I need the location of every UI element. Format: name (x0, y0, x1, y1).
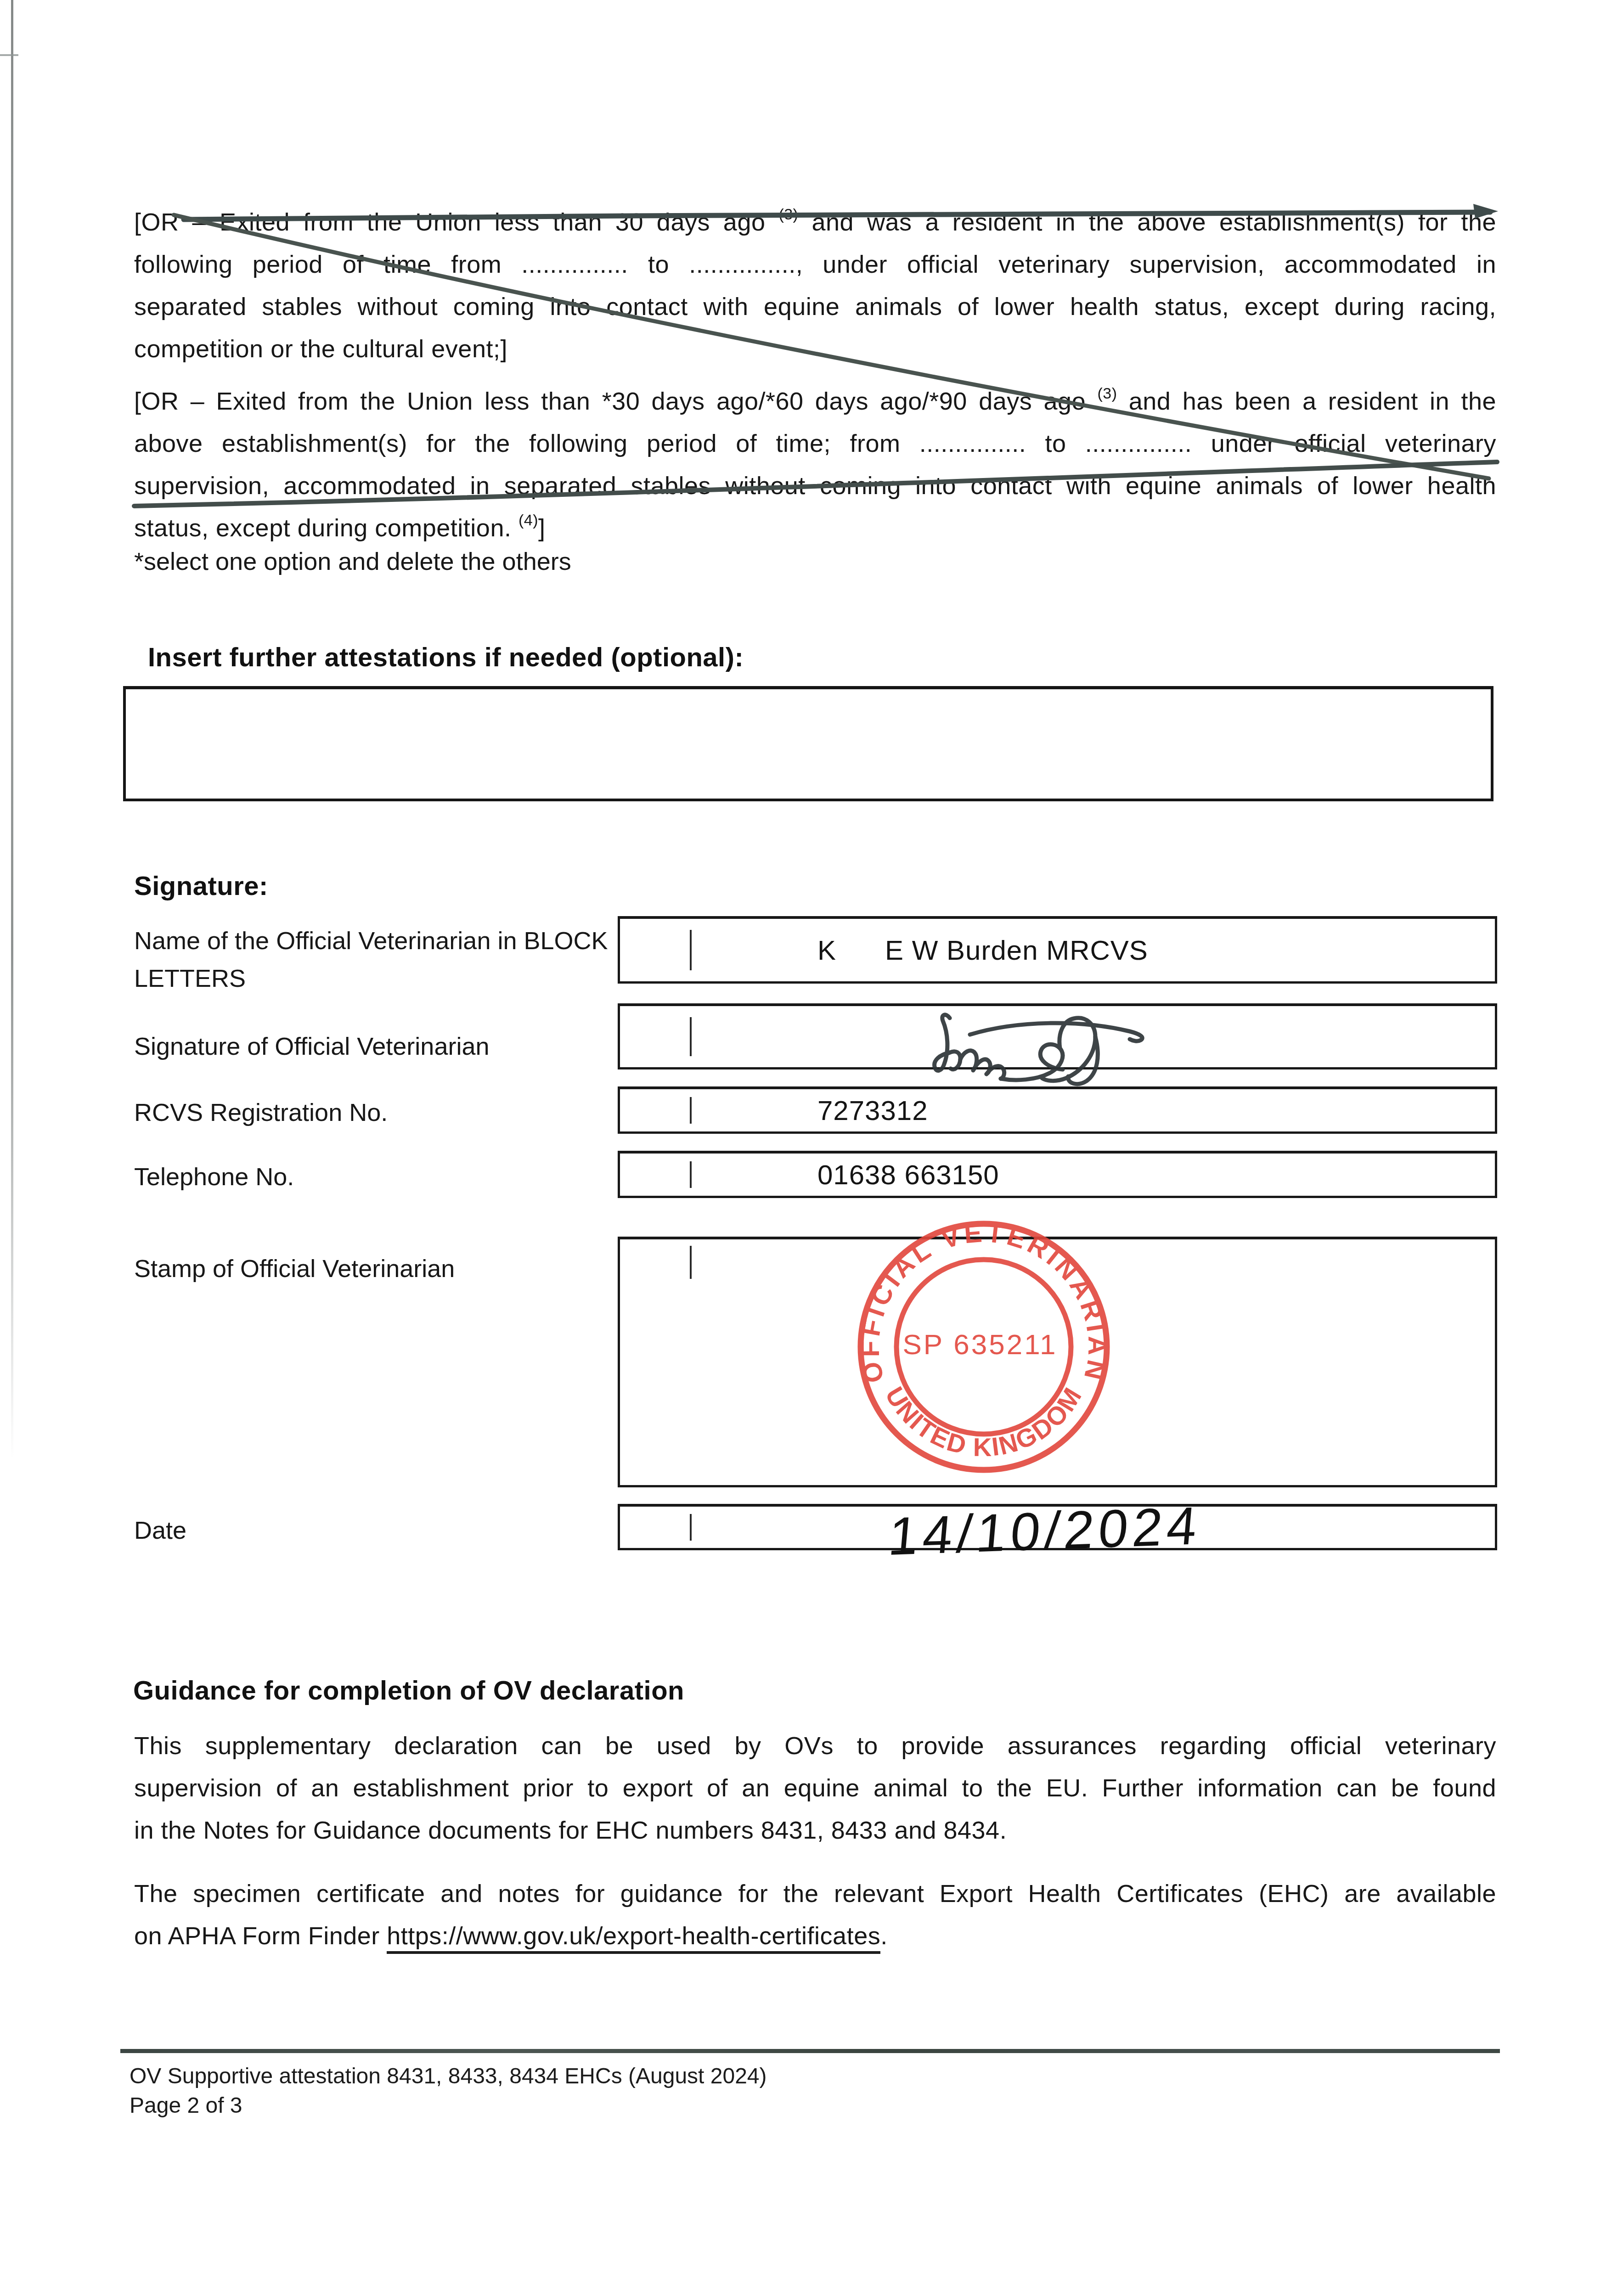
select-option-note: *select one option and delete the others (134, 547, 571, 576)
scanned-document-page: [OR – Exited from the Union less than 30… (0, 0, 1623, 2296)
guidance-paragraph-2: The specimen certificate and notes for g… (134, 1873, 1496, 1957)
attestations-heading: Insert further attestations if needed (o… (148, 642, 744, 673)
guidance-link-prefix: on APHA Form Finder (134, 1922, 387, 1950)
further-attestations-box (123, 686, 1493, 801)
scan-artifact-line (11, 0, 13, 1460)
clause-line: competition or the cultural event;] (134, 328, 1496, 370)
clause-line: [OR – Exited from the Union less than *3… (134, 380, 1496, 422)
field-tick-mark (690, 1514, 692, 1541)
guidance-line: The specimen certificate and notes for g… (134, 1873, 1496, 1915)
field-box-stamp (618, 1237, 1497, 1487)
field-tick-mark (690, 1161, 692, 1188)
signature-section-heading: Signature: (134, 871, 268, 901)
field-box-name: K E W Burden MRCVS (618, 916, 1497, 984)
export-health-certificates-link[interactable]: https://www.gov.uk/export-health-certifi… (387, 1922, 880, 1954)
guidance-line: in the Notes for Guidance documents for … (134, 1809, 1496, 1851)
field-label-telephone: Telephone No. (134, 1158, 612, 1196)
footer-divider (120, 2049, 1500, 2053)
field-label-signature: Signature of Official Veterinarian (134, 1028, 612, 1065)
field-value-name: K E W Burden MRCVS (817, 934, 1148, 966)
scan-artifact-nick (0, 54, 18, 56)
guidance-link-suffix: . (880, 1922, 888, 1950)
field-tick-mark (690, 1246, 692, 1279)
guidance-line: supervision of an establishment prior to… (134, 1767, 1496, 1809)
clause-line: supervision, accommodated in separated s… (134, 465, 1496, 507)
field-value-rcvs: 7273312 (817, 1095, 928, 1126)
clause-line: status, except during competition. (4)] (134, 507, 1496, 549)
field-label-stamp: Stamp of Official Veterinarian (134, 1250, 612, 1288)
field-box-rcvs: 7273312 (618, 1086, 1497, 1134)
clause-line: separated stables without coming into co… (134, 286, 1496, 328)
guidance-line: This supplementary declaration can be us… (134, 1725, 1496, 1767)
field-box-date: 14/10/2024 (618, 1504, 1497, 1550)
handwritten-date: 14/10/2024 (886, 1495, 1204, 1567)
field-label-name: Name of the Official Veterinarian in BLO… (134, 922, 612, 997)
field-tick-mark (690, 1097, 692, 1124)
guidance-heading: Guidance for completion of OV declaratio… (133, 1675, 684, 1706)
field-value-telephone: 01638 663150 (817, 1159, 999, 1191)
field-label-date: Date (134, 1512, 612, 1549)
field-box-signature (618, 1003, 1497, 1069)
clause-line: above establishment(s) for the following… (134, 422, 1496, 465)
clause-line: [OR – Exited from the Union less than 30… (134, 201, 1496, 243)
field-tick-mark (690, 930, 692, 970)
clause-option-1: [OR – Exited from the Union less than 30… (134, 201, 1496, 370)
field-tick-mark (690, 1017, 692, 1056)
guidance-link-line: on APHA Form Finder https://www.gov.uk/e… (134, 1915, 1496, 1957)
guidance-paragraph-1: This supplementary declaration can be us… (134, 1725, 1496, 1851)
field-label-rcvs: RCVS Registration No. (134, 1094, 612, 1131)
clause-line: following period of time from ..........… (134, 243, 1496, 286)
footer-page-number: Page 2 of 3 (130, 2093, 242, 2118)
field-box-telephone: 01638 663150 (618, 1151, 1497, 1198)
footer-document-reference: OV Supportive attestation 8431, 8433, 84… (130, 2064, 767, 2089)
clause-option-2: [OR – Exited from the Union less than *3… (134, 380, 1496, 549)
